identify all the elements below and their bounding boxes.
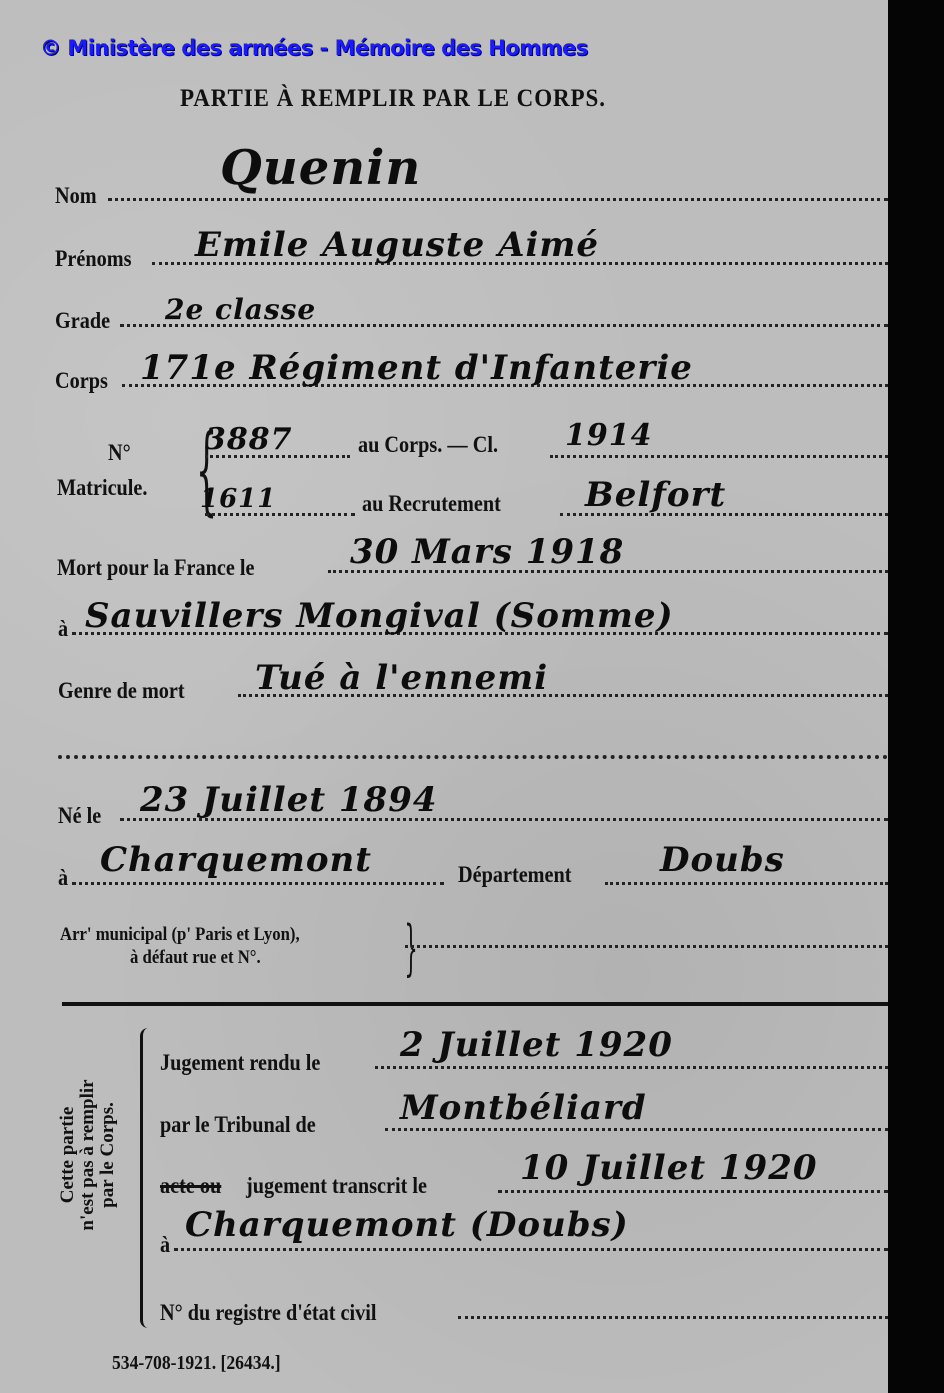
scan-border — [888, 0, 944, 1393]
prenoms-value: Emile Auguste Aimé — [195, 225, 599, 265]
arr-municipal-label-line2: à défaut rue et N°. — [130, 947, 261, 969]
transcrit-line — [498, 1190, 888, 1193]
recrutement-place-value: Belfort — [585, 475, 726, 515]
departement-value: Doubs — [660, 840, 785, 880]
ne-le-value: 23 Juillet 1894 — [140, 780, 438, 820]
tribunal-value: Montbéliard — [400, 1088, 647, 1128]
form-title: PARTIE À REMPLIR PAR LE CORPS. — [180, 85, 606, 113]
jugement-rendu-value: 2 Juillet 1920 — [400, 1025, 673, 1065]
mort-a-label: à — [58, 616, 68, 642]
side-note-line2: n'est pas à remplir — [78, 1030, 98, 1280]
grade-label: Grade — [55, 308, 110, 334]
arr-municipal-brace: } — [404, 918, 417, 978]
mort-a-value: Sauvillers Mongival (Somme) — [85, 596, 674, 636]
nom-value: Quenin — [220, 140, 421, 196]
genre-de-mort-label: Genre de mort — [58, 678, 185, 704]
matricule-no-label: N° — [108, 440, 131, 466]
classe-value: 1914 — [565, 418, 653, 453]
classe-line — [550, 455, 888, 458]
matricule-corps-line — [205, 455, 350, 458]
registre-line — [458, 1316, 888, 1319]
section-divider — [62, 1002, 888, 1006]
au-corps-label: au Corps. — Cl. — [358, 432, 498, 458]
tribunal-label: par le Tribunal de — [160, 1112, 316, 1138]
mort-le-label: Mort pour la France le — [57, 555, 254, 581]
acte-struck-label: acte ou — [160, 1173, 221, 1199]
grade-value: 2e classe — [165, 293, 316, 326]
matricule-label: Matricule. — [57, 475, 147, 501]
copyright-watermark: © Ministère des armées - Mémoire des Hom… — [40, 36, 588, 60]
jugement-brace — [140, 1028, 153, 1328]
nom-label: Nom — [55, 183, 97, 209]
transcrit-value: 10 Juillet 1920 — [520, 1148, 818, 1188]
side-note-line3: par le Corps. — [98, 1030, 118, 1280]
ne-a-value: Charquemont — [100, 840, 372, 880]
departement-label: Département — [458, 862, 572, 888]
transcrit-a-label: à — [160, 1232, 170, 1258]
tribunal-line — [385, 1128, 888, 1131]
au-recrutement-label: au Recrutement — [362, 491, 501, 517]
arr-municipal-line — [405, 945, 888, 948]
ne-a-label: à — [58, 865, 68, 891]
registre-label: N° du registre d'état civil — [160, 1300, 376, 1326]
departement-line — [605, 882, 888, 885]
blank-line — [58, 755, 888, 759]
side-note: Cette partie n'est pas à remplir par le … — [58, 1030, 118, 1280]
transcrit-label: jugement transcrit le — [246, 1173, 427, 1199]
matricule-recrutement-value: 1611 — [200, 484, 276, 514]
ne-a-line — [72, 882, 444, 885]
matricule-corps-value: 3887 — [205, 422, 293, 457]
jugement-rendu-label: Jugement rendu le — [160, 1050, 320, 1076]
genre-de-mort-value: Tué à l'ennemi — [255, 658, 548, 698]
side-note-line1: Cette partie — [58, 1030, 78, 1280]
mort-le-value: 30 Mars 1918 — [350, 532, 624, 572]
jugement-rendu-line — [375, 1066, 888, 1069]
prenoms-label: Prénoms — [55, 246, 131, 272]
corps-value: 171e Régiment d'Infanterie — [140, 348, 693, 388]
transcrit-a-value: Charquemont (Doubs) — [185, 1205, 629, 1245]
matricule-recrutement-line — [205, 513, 355, 516]
document-card: © Ministère des armées - Mémoire des Hom… — [0, 0, 888, 1393]
form-reference-number: 534-708-1921. [26434.] — [112, 1352, 281, 1375]
transcrit-a-line — [174, 1248, 888, 1251]
ne-le-label: Né le — [58, 803, 101, 829]
arr-municipal-label-line1: Arr' municipal (p' Paris et Lyon), — [60, 924, 300, 946]
corps-label: Corps — [55, 368, 108, 394]
nom-line — [108, 198, 888, 201]
